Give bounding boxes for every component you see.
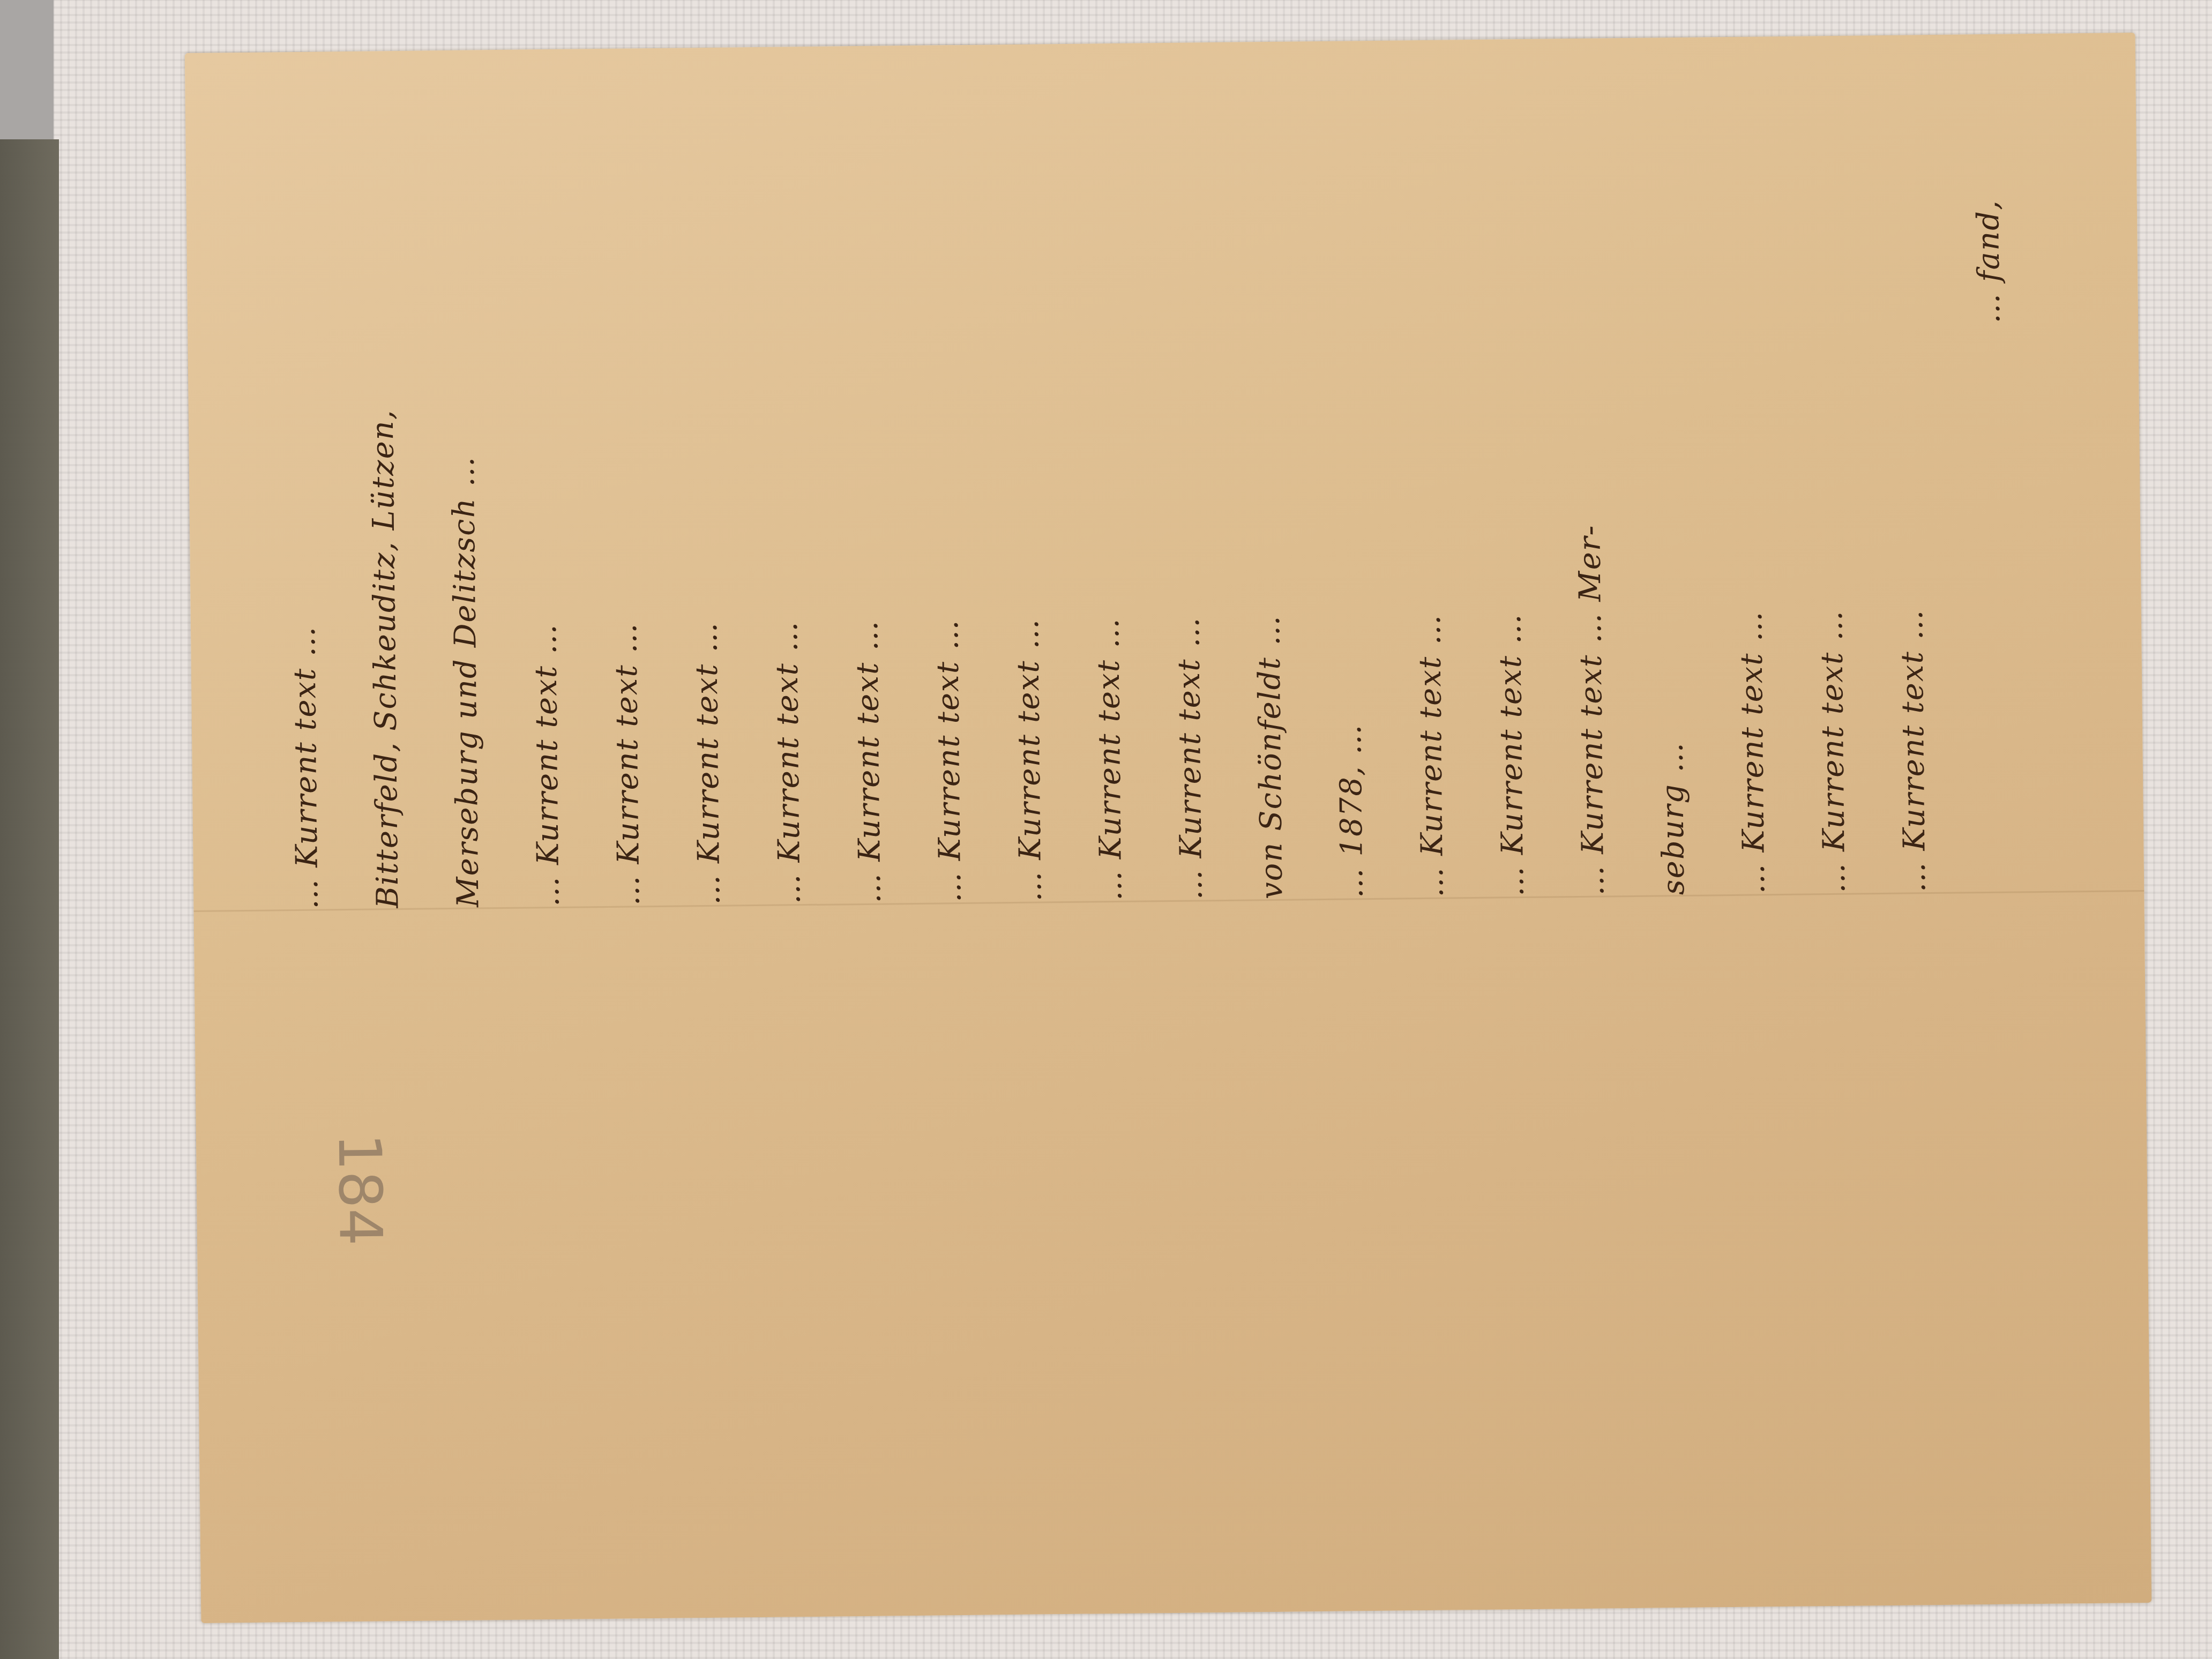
text-line: … Kurrent text … [1165,64,1238,900]
handwritten-text-area: … Kurrent text … Bitterfeld, Schkeuditz,… [281,55,2058,909]
letter-page: … Kurrent text … Bitterfeld, Schkeuditz,… [185,33,2151,1623]
pencil-page-number: 184 [325,1133,395,1246]
text-line: … Kurrent text … [1809,57,1881,893]
text-line: von Schönfeldt … [1246,63,1319,899]
text-line: … Kurrent text … [1889,56,1962,893]
text-line: … Kurrent text … [603,70,676,906]
text-line: … 1878, … [1326,62,1399,899]
text-line: … Kurrent text … [1407,61,1479,898]
text-line: Bitterfeld, Schkeuditz, Lützen, [362,72,435,908]
text-line: … Kurrent text … [281,73,354,909]
text-line: … fand, [1969,55,2036,324]
text-line: … Kurrent text … [764,68,836,905]
background-dark-strip [0,139,59,1659]
text-line: … Kurrent text … [1005,65,1078,902]
text-line: … Kurrent text … [522,70,595,907]
text-line: … Kurrent text … [924,66,997,902]
text-line: … Kurrent text … Mer- [1567,59,1640,896]
transcription-note: Most of the handwriting is Kurrent scrip… [573,1268,1859,1336]
text-line: … Kurrent text … [1487,60,1560,896]
text-line: … Kurrent text … [844,67,917,903]
background-paper-corner [0,0,54,161]
text-line: Merseburg und Delitzsch … [442,71,515,908]
text-line: seburg … [1648,58,1721,895]
text-line: … Kurrent text … [683,69,756,905]
text-line: … Kurrent text … [1085,64,1158,901]
text-line: … Kurrent text … [1728,58,1801,894]
